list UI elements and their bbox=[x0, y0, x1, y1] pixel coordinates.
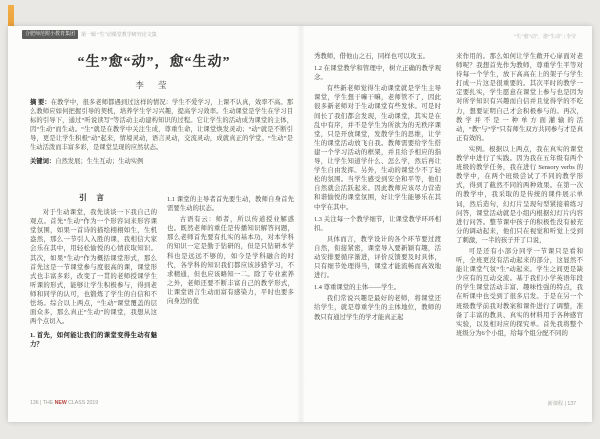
footer-left-journal-name: NEW bbox=[55, 400, 67, 406]
section-1-2-paragraph: 有些新老师觉得生动课堂就是学生主导课堂，学生想干嘛干嘛，老师管不了，因此很多新老… bbox=[314, 84, 441, 211]
intro-paragraph: 对于生动课堂，我先谈谈一下我自己的观点。首先“生动”作为一个形容词来形容课堂氛围… bbox=[30, 208, 157, 326]
abstract-text: 在教学中，很多老师都遇到过这样的情况：学生不爱学习，上课不认真，效率不高。那么教… bbox=[30, 99, 293, 151]
keywords-line: 关键词：自然发展；生生互动；生动实例 bbox=[30, 157, 293, 166]
abstract-label: 摘 要： bbox=[30, 99, 51, 106]
continued-paragraph-2: 来作用的。那么如何让学生敞开心扉面对老师呢？我想首先作为教师，尊重学生平等对待每… bbox=[456, 52, 583, 143]
header-series-title: 第一辑 “生”动课堂教学研究论文集 bbox=[81, 31, 157, 38]
keywords-text: 自然发展；生生互动；生动实例 bbox=[55, 158, 143, 165]
continued-paragraph: 秀教师，借他山之石，同样也可以攻玉。 bbox=[314, 52, 441, 61]
left-page-column-2: 1.1 课堂的主导者首先要生动，教师自身首先需要生动的状态。 古语有云：师者，所… bbox=[167, 192, 294, 394]
right-page-column-2: 来作用的。那么如何让学生敞开心扉面对老师呢？我想首先作为教师，尊重学生平等对待每… bbox=[456, 52, 583, 394]
footer-left-prefix: 136 | THE bbox=[30, 400, 55, 406]
footer-left-suffix: CLASS 2019 bbox=[67, 400, 98, 406]
section-1-4-heading: 1.4 尊重课堂的主体——学生。 bbox=[314, 283, 441, 292]
running-header-right: “生”愈“动”，愈“生动” | 李莹 bbox=[514, 33, 576, 40]
header-badge: 合肥师范附小教育集团 bbox=[22, 30, 78, 39]
abstract-paragraph: 摘 要：在教学中，很多老师都遇到过这样的情况：学生不爱学习，上课不认真，效率不高… bbox=[30, 98, 293, 152]
page-number-right: 新课程 | 137 bbox=[548, 400, 576, 407]
running-header-left: 合肥师范附小教育集团 第一辑 “生”动课堂教学研究论文集 bbox=[22, 30, 157, 39]
right-page-column-1: 秀教师，借他山之石，同样也可以攻玉。 1.2 在课堂教学和管理中，树立正确的教学… bbox=[314, 52, 441, 394]
article-title: “生”愈“动”，愈“生动” bbox=[8, 51, 300, 71]
page-number-left: 136 | THE NEW CLASS 2019 bbox=[30, 400, 98, 406]
section-1-3-paragraph: 具体而言，教学设计的各个环节要过渡自然，衔接紧密，课堂导入要新颖有趣，活动安排要… bbox=[314, 235, 441, 280]
section-1-heading: 1. 首先，如何能让我们的课堂变得生动有魅力？ bbox=[30, 331, 157, 349]
section-1-4-paragraph: 我们常说兴趣是最好的老师，将课堂还给学生，就是尊重学生的主体地位，教师的教只有通… bbox=[314, 294, 441, 321]
example-paragraph: 实例。根据以上两点，我在真实的课堂教学中进行了实践。因为我在五年级有两个班级的教… bbox=[456, 145, 583, 245]
keywords-label: 关键词： bbox=[30, 158, 55, 165]
section-1-2-heading: 1.2 在课堂教学和管理中，树立正确的教学观念。 bbox=[314, 64, 441, 82]
abstract-block: 摘 要：在教学中，很多老师都遇到过这样的情况：学生不爱学习，上课不认真，效率不高… bbox=[30, 98, 293, 166]
article-author: 李 莹 bbox=[8, 79, 300, 91]
intro-heading: 引 言 bbox=[30, 193, 157, 202]
section-1-3-heading: 1.3 关注每一个教学细节，让课堂教学环环相扣。 bbox=[314, 215, 441, 233]
example-paragraph-continued: 可是还有小部分同学一节课只是看和听，全班更没有活动起来的部分，这显然不能让课堂气… bbox=[456, 247, 583, 338]
left-page-column-1: 引 言 对于生动课堂，我先谈谈一下我自己的观点。首先“生动”作为一个形容词来形容… bbox=[30, 192, 157, 394]
scanned-page-spread: 合肥师范附小教育集团 第一辑 “生”动课堂教学研究论文集 “生”愈“动”，愈“生… bbox=[8, 26, 592, 422]
section-1-1-heading: 1.1 课堂的主导者首先要生动，教师自身首先需要生动的状态。 bbox=[167, 195, 294, 213]
section-1-1-paragraph: 古语有云：师者，所以传道授业解惑也。既然老师的重任是传播知识解答问题，那么老师首… bbox=[167, 215, 294, 306]
